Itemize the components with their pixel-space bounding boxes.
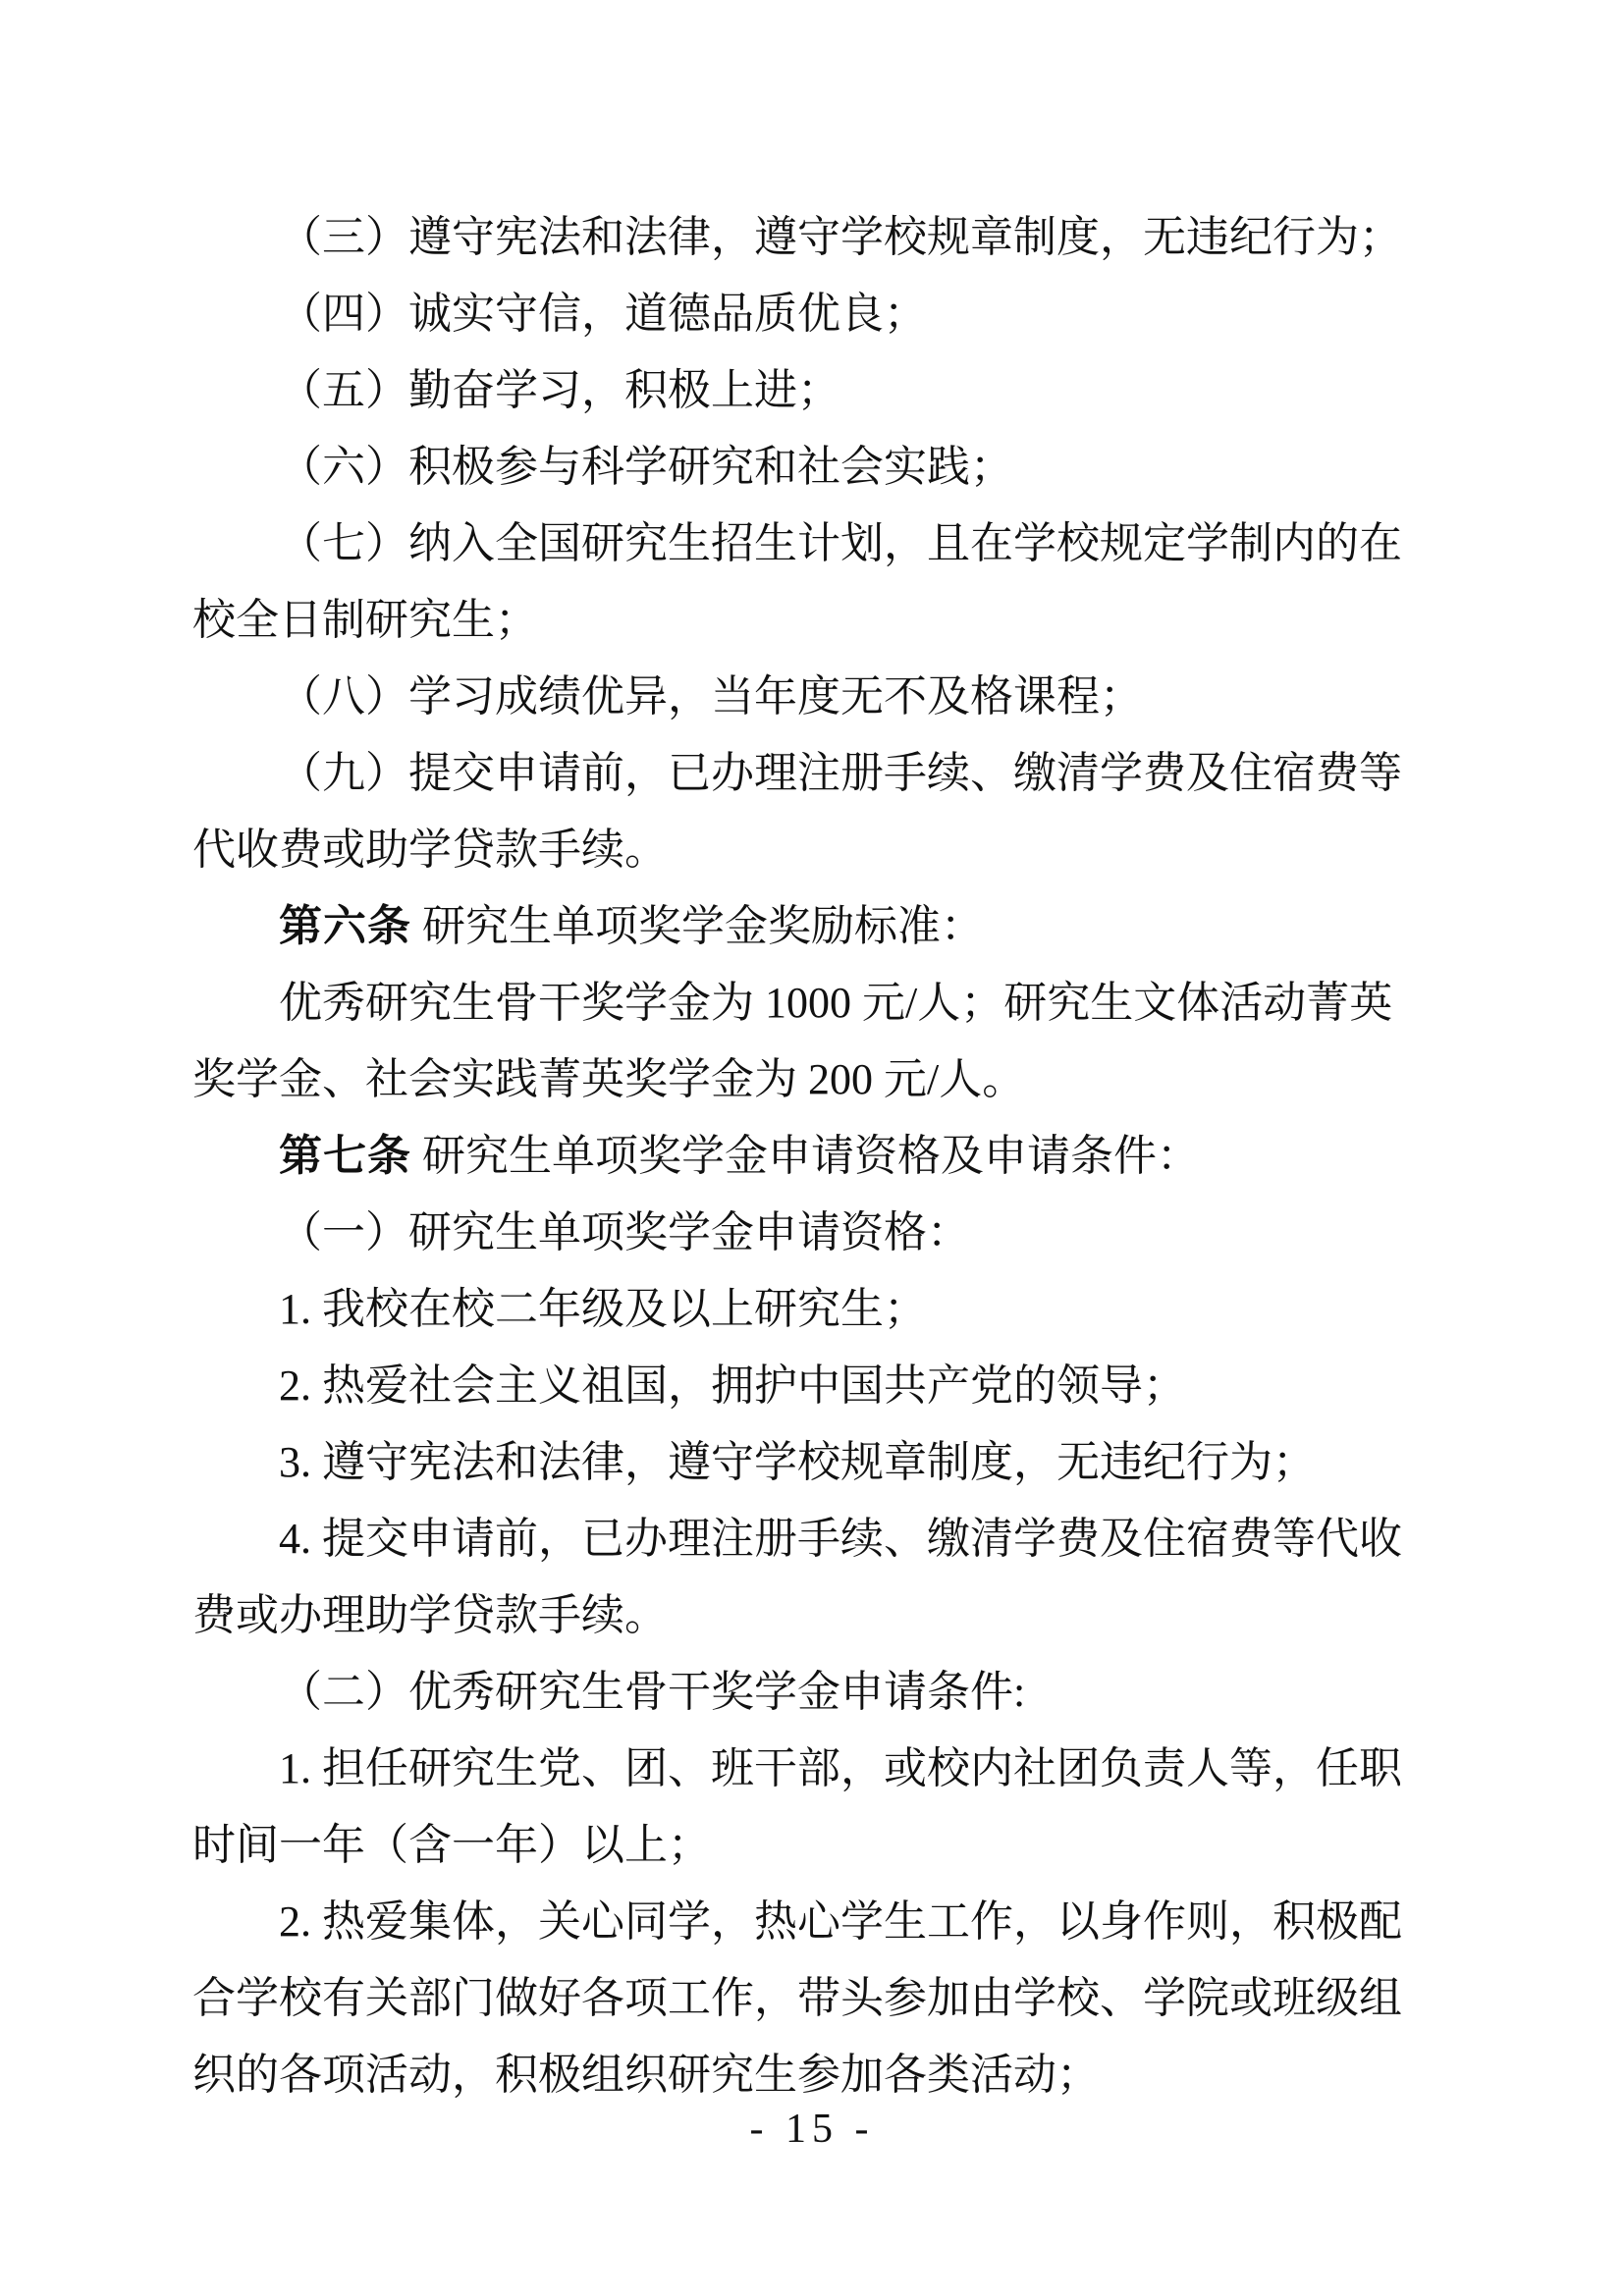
text-line-article-heading: 第七条 研究生单项奖学金申请资格及申请条件： (192, 1118, 1428, 1195)
text-line-article-heading: 第六条 研究生单项奖学金奖励标准： (192, 888, 1428, 965)
text-line: 2. 热爱社会主义祖国，拥护中国共产党的领导； (192, 1348, 1428, 1424)
text-line-content: 奖学金、社会实践菁英奖学金为 200 元/人。 (192, 1055, 1025, 1103)
text-line: 3. 遵守宪法和法律，遵守学校规章制度，无违纪行为； (192, 1424, 1428, 1501)
text-line: 校全日制研究生； (192, 582, 1428, 659)
text-line: （九）提交申请前，已办理注册手续、缴清学费及住宿费等 (192, 735, 1428, 812)
text-line: 4. 提交申请前，已办理注册手续、缴清学费及住宿费等代收 (192, 1501, 1428, 1577)
document-page: （三）遵守宪法和法律，遵守学校规章制度，无违纪行为； （四）诚实守信，道德品质优… (0, 0, 1624, 2296)
text-line: 2. 热爱集体，关心同学，热心学生工作，以身作则，积极配 (192, 1884, 1428, 1960)
text-line: 代收费或助学贷款手续。 (192, 812, 1428, 888)
text-line: （七）纳入全国研究生招生计划，且在学校规定学制内的在 (192, 506, 1428, 582)
text-line-content: 2. 热爱社会主义祖国，拥护中国共产党的领导； (279, 1362, 1186, 1410)
text-line: 织的各项活动，积极组织研究生参加各类活动； (192, 2037, 1428, 2113)
text-line-content: 代收费或助学贷款手续。 (192, 826, 668, 874)
text-line: （八）学习成绩优异，当年度无不及格课程； (192, 659, 1428, 735)
text-line-content: 费或办理助学贷款手续。 (192, 1591, 668, 1639)
text-line-content: 1. 担任研究生党、团、班干部，或校内社团负责人等，任职 (279, 1744, 1402, 1792)
text-line: 合学校有关部门做好各项工作，带头参加由学校、学院或班级组 (192, 1960, 1428, 2037)
text-line-content: 研究生单项奖学金申请资格及申请条件： (411, 1132, 1200, 1180)
text-line-content: 1. 我校在校二年级及以上研究生； (279, 1285, 927, 1333)
text-line: （六）积极参与科学研究和社会实践； (192, 429, 1428, 506)
text-line: 1. 我校在校二年级及以上研究生； (192, 1271, 1428, 1348)
text-line: 时间一年（含一年）以上； (192, 1807, 1428, 1884)
text-line-content: （九）提交申请前，已办理注册手续、缴清学费及住宿费等 (279, 749, 1402, 797)
text-line-content: 织的各项活动，积极组织研究生参加各类活动； (192, 2051, 1100, 2099)
text-line: 奖学金、社会实践菁英奖学金为 200 元/人。 (192, 1041, 1428, 1118)
text-line: （二）优秀研究生骨干奖学金申请条件: (192, 1654, 1428, 1731)
text-line-content: 合学校有关部门做好各项工作，带头参加由学校、学院或班级组 (192, 1974, 1402, 2022)
text-line-content: 研究生单项奖学金奖励标准： (411, 902, 984, 950)
text-line-content: 3. 遵守宪法和法律，遵守学校规章制度，无违纪行为； (279, 1438, 1316, 1486)
text-line-content: （一）研究生单项奖学金申请资格： (279, 1208, 970, 1256)
text-line: （三）遵守宪法和法律，遵守学校规章制度，无违纪行为； (192, 199, 1428, 276)
document-text-block: （三）遵守宪法和法律，遵守学校规章制度，无违纪行为； （四）诚实守信，道德品质优… (192, 199, 1428, 2113)
text-line: 优秀研究生骨干奖学金为 1000 元/人；研究生文体活动菁英 (192, 965, 1428, 1041)
text-line-content: （七）纳入全国研究生招生计划，且在学校规定学制内的在 (279, 519, 1402, 567)
article-number-bold: 第七条 (279, 1132, 411, 1180)
text-line: （五）勤奋学习，积极上进； (192, 352, 1428, 429)
text-line-content: 4. 提交申请前，已办理注册手续、缴清学费及住宿费等代收 (279, 1515, 1402, 1563)
text-line-content: 校全日制研究生； (192, 596, 538, 644)
article-number-bold: 第六条 (279, 902, 411, 950)
text-line: 费或办理助学贷款手续。 (192, 1577, 1428, 1654)
text-line: （一）研究生单项奖学金申请资格： (192, 1195, 1428, 1271)
text-line-content: 2. 热爱集体，关心同学，热心学生工作，以身作则，积极配 (279, 1897, 1402, 1946)
text-line-content: （六）积极参与科学研究和社会实践； (279, 443, 1013, 491)
text-line-content: 优秀研究生骨干奖学金为 1000 元/人；研究生文体活动菁英 (279, 979, 1392, 1027)
text-line: （四）诚实守信，道德品质优良； (192, 276, 1428, 352)
text-line-content: （二）优秀研究生骨干奖学金申请条件: (279, 1668, 1025, 1716)
text-line-content: 时间一年（含一年）以上； (192, 1821, 711, 1869)
text-line-content: （四）诚实守信，道德品质优良； (279, 290, 927, 338)
text-line-content: （八）学习成绩优异，当年度无不及格课程； (279, 672, 1143, 721)
text-line-content: （三）遵守宪法和法律，遵守学校规章制度，无违纪行为； (279, 213, 1402, 261)
text-line-content: （五）勤奋学习，积极上进； (279, 366, 840, 414)
page-number: - 15 - (0, 2107, 1624, 2152)
text-line: 1. 担任研究生党、团、班干部，或校内社团负责人等，任职 (192, 1731, 1428, 1807)
